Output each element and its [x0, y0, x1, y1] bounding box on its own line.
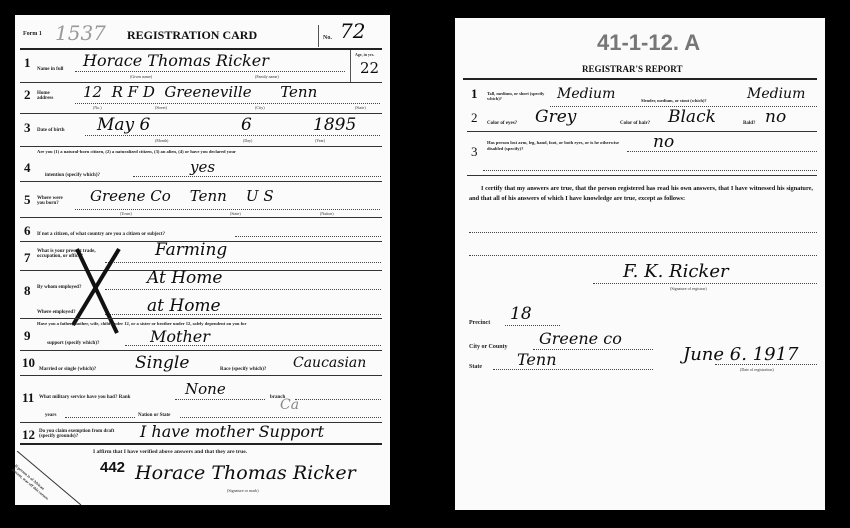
age: 22 [360, 59, 379, 77]
state: Tenn [517, 350, 557, 369]
registration-card: Form 1 1537 REGISTRATION CARD No. 72 1 N… [15, 15, 390, 505]
report-title: REGISTRAR'S REPORT [582, 64, 682, 74]
bald: no [765, 107, 786, 127]
city-county: Greene co [539, 329, 622, 348]
certification-text: I certify that my answers are true, that… [469, 184, 813, 204]
birth-day: 6 [241, 115, 252, 135]
no-label: No. [323, 35, 332, 41]
birthplace: Greene Co Tenn U S [90, 187, 274, 205]
stamp-code: 41-1-12. A [597, 30, 700, 56]
full-name: Horace Thomas Ricker [83, 51, 269, 70]
height: Medium [557, 86, 615, 102]
disability: no [653, 132, 674, 152]
registrant-signature: Horace Thomas Ricker [135, 462, 356, 484]
occupation: Farming [155, 240, 227, 260]
affirmation-text: I affirm that I have verified above answ… [93, 449, 247, 455]
registrars-report-card: 41-1-12. A REGISTRAR'S REPORT 1 Tall, me… [455, 18, 825, 510]
birth-year: 1895 [313, 115, 356, 135]
race: Caucasian [293, 355, 366, 371]
dependent: Mother [150, 327, 210, 346]
citizenship: yes [190, 158, 215, 176]
birth-month: May 6 [97, 115, 150, 135]
hair-color: Black [668, 107, 716, 127]
registration-date: June 6. 1917 [683, 344, 798, 365]
registrar-signature: F. K. Ricker [623, 261, 729, 282]
military-rank: None [185, 380, 226, 398]
serial-number: 1537 [55, 21, 106, 45]
stamp-number: 442 [100, 459, 125, 476]
place-of-employment: at Home [147, 296, 221, 316]
marital-status: Single [135, 353, 189, 373]
card-number: 72 [340, 19, 365, 43]
exemption-claim: I have mother Support [140, 422, 324, 441]
card-title: REGISTRATION CARD [127, 28, 257, 43]
employer: At Home [147, 268, 222, 288]
precinct: 18 [510, 304, 532, 324]
build: Medium [747, 86, 805, 102]
eye-color: Grey [535, 107, 576, 127]
home-address: 12 R F D Greeneville Tenn [83, 83, 317, 101]
form-label: Form 1 [23, 31, 42, 37]
